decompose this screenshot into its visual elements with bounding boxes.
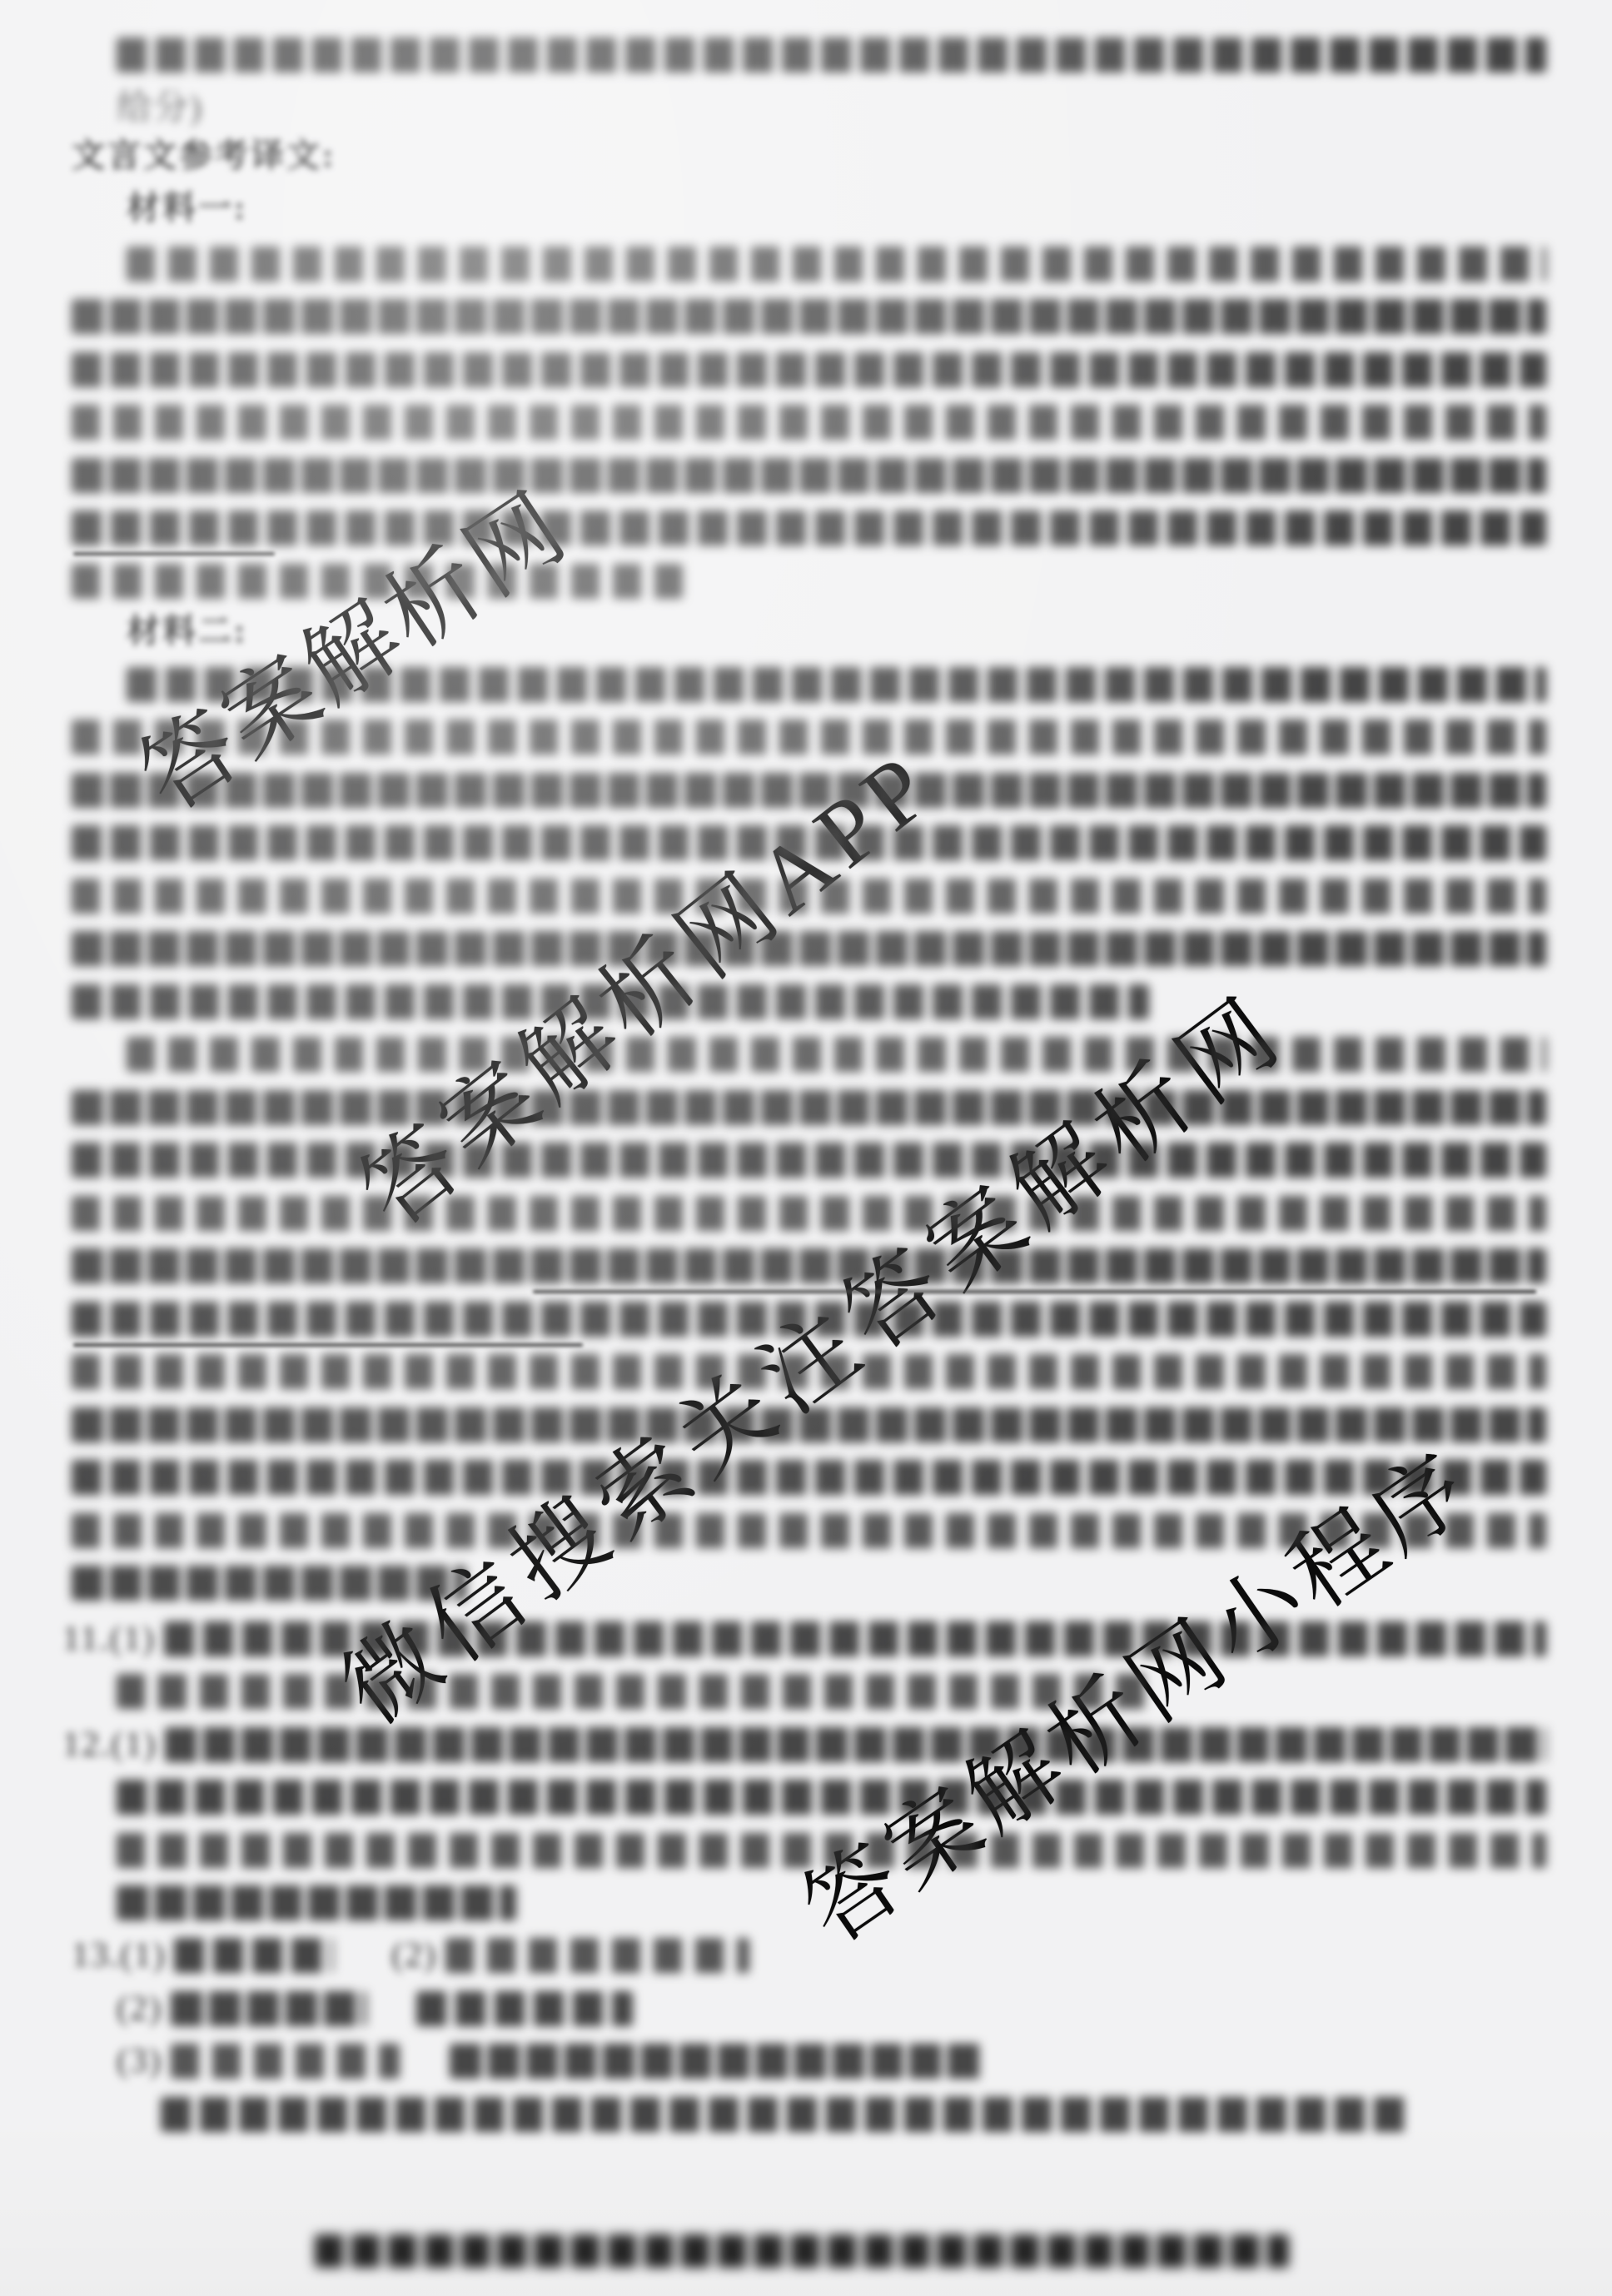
- blurred-line-ink: [72, 1407, 1546, 1442]
- blurred-text-line: [72, 1564, 466, 1602]
- blurred-line-ink: [72, 1513, 1546, 1548]
- blurred-footer-ink: [315, 2234, 1289, 2268]
- blurred-text-line: [117, 1672, 1157, 1711]
- blurred-text-line: [72, 929, 1546, 968]
- blurred-line-ink: [72, 405, 1546, 440]
- blurred-line-ink: [72, 931, 1546, 966]
- blurred-text-line: 12.(1): [62, 1726, 1546, 1764]
- blurred-text-line: [72, 718, 1546, 756]
- blurred-text-line: 13.(1): [72, 1936, 333, 1975]
- answer-number-label: (3): [117, 2042, 171, 2080]
- blurred-text-line: [72, 1458, 1546, 1497]
- heading-text: 材料一:: [127, 189, 247, 227]
- blurred-text-line: [72, 1512, 1546, 1550]
- blurred-line-ink: [72, 352, 1546, 387]
- underline-mark: [73, 552, 275, 555]
- blurred-line-ink: [117, 1780, 1546, 1815]
- blurred-line-ink: [72, 1196, 1546, 1231]
- blurred-text-line: [161, 2095, 1407, 2134]
- line-text: 给分): [117, 89, 203, 127]
- blurred-text-line: [72, 1088, 1546, 1127]
- blurred-text-line: [72, 1141, 1546, 1179]
- blurred-line-ink: [164, 1621, 1546, 1656]
- blurred-line-ink: [171, 2044, 400, 2079]
- blurred-text-line: [72, 1352, 1546, 1391]
- blurred-line-ink: [127, 1037, 1546, 1072]
- blurred-line-ink: [72, 1566, 466, 1601]
- blurred-text-line: [450, 2042, 983, 2080]
- document-page: 答案解析网 答案解析网APP 微信搜索关注答案解析网 答案解析网小程序 给分)文…: [0, 0, 1612, 2296]
- blurred-line-ink: [72, 1460, 1546, 1495]
- blurred-text-line: [72, 509, 1546, 547]
- blurred-line-ink: [117, 1885, 516, 1920]
- blurred-line-ink: [72, 1354, 1546, 1389]
- blurred-text-line: [72, 1247, 1546, 1285]
- blurred-text-line: [117, 1831, 1546, 1870]
- blurred-line-ink: [72, 773, 1546, 808]
- blurred-line-ink: [117, 1833, 1546, 1868]
- blurred-line-ink: [117, 1674, 1157, 1709]
- blurred-text-line: [72, 877, 1546, 915]
- blurred-text-line: (3): [117, 2042, 400, 2080]
- blurred-text-line: [127, 665, 1546, 704]
- blurred-text-line: [117, 1884, 516, 1922]
- answer-number-label: (2): [391, 1936, 445, 1975]
- blurred-text-line: [72, 824, 1546, 862]
- blurred-text-line: [72, 297, 1546, 336]
- blurred-line-ink: [72, 825, 1546, 860]
- blurred-text-line: (2): [391, 1936, 749, 1975]
- underline-mark: [73, 1343, 583, 1347]
- blurred-line-ink: [165, 1727, 1546, 1762]
- blurred-line-ink: [72, 1302, 1546, 1337]
- heading-text: 文言文参考译文:: [72, 137, 336, 175]
- heading-text: 材料二:: [127, 612, 247, 650]
- blurred-line-ink: [72, 1248, 1546, 1283]
- answer-number-label: 13.(1): [72, 1936, 174, 1975]
- blurred-line-ink: [450, 2044, 983, 2079]
- blurred-text-line: [72, 1300, 1546, 1338]
- blurred-line-ink: [72, 299, 1546, 334]
- blurred-line-ink: [161, 2097, 1407, 2132]
- blurred-text-line: [72, 771, 1546, 809]
- blurred-line-ink: [174, 1938, 333, 1973]
- blurred-text-line: [416, 1990, 633, 2028]
- blurred-line-ink: [445, 1938, 749, 1973]
- footer-line: [315, 2232, 1289, 2270]
- section-heading: 材料二:: [127, 612, 275, 650]
- blurred-text-line: [72, 403, 1546, 441]
- blurred-text-line: [127, 1035, 1546, 1073]
- blurred-text-line: [72, 983, 1149, 1021]
- blurred-line-ink: [72, 510, 1546, 545]
- section-heading: 材料一:: [127, 189, 275, 227]
- answer-number-label: 11.(1): [62, 1620, 164, 1658]
- underline-mark: [533, 1290, 1536, 1293]
- blurred-line-ink: [416, 1991, 633, 2026]
- blurred-text-line: [72, 1406, 1546, 1444]
- blurred-line-ink: [127, 667, 1546, 702]
- blurred-line-ink: [72, 458, 1546, 493]
- blurred-line-ink: [72, 1143, 1546, 1178]
- blurred-line-ink: [72, 1090, 1546, 1125]
- blurred-text-line: [72, 351, 1546, 389]
- blurred-line-ink: [117, 37, 1546, 72]
- section-heading: 文言文参考译文:: [72, 137, 316, 175]
- blurred-text-line: [127, 245, 1546, 283]
- blurred-line-ink: [72, 879, 1546, 914]
- answer-number-label: (2): [117, 1990, 171, 2028]
- blurred-line-ink: [72, 564, 683, 599]
- blurred-text-line: [117, 1778, 1546, 1816]
- answer-number-label: 12.(1): [62, 1726, 165, 1764]
- text-line: 给分): [117, 89, 216, 127]
- blurred-text-line: [72, 562, 683, 600]
- blurred-line-ink: [127, 247, 1546, 281]
- blurred-line-ink: [72, 720, 1546, 755]
- blurred-text-line: 11.(1): [62, 1620, 1546, 1658]
- blurred-text-line: [72, 1194, 1546, 1233]
- blurred-text-line: [117, 36, 1546, 74]
- blurred-line-ink: [171, 1991, 366, 2026]
- blurred-line-ink: [72, 984, 1149, 1019]
- blurred-text-line: (2): [117, 1990, 366, 2028]
- blurred-text-line: [72, 456, 1546, 495]
